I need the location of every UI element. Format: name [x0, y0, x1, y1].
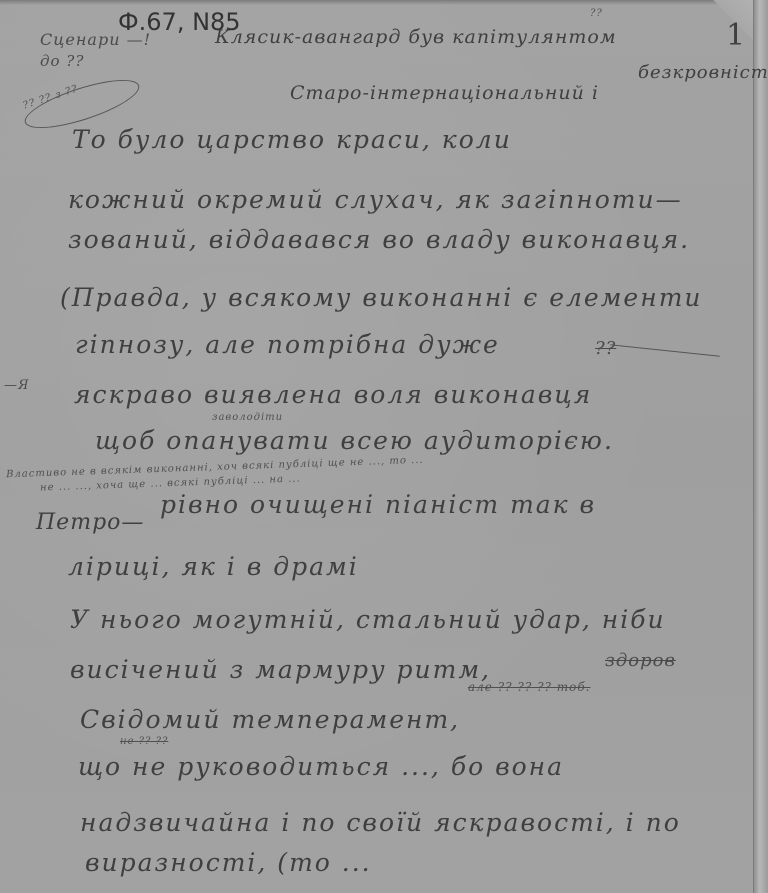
text-line-10: У нього могутній, стальний удар, ніби: [70, 605, 666, 634]
subtitle: Старо-інтернаціональний і: [290, 82, 599, 104]
crossed-phrase-after-line-12: але ?? ?? ?? тоб.: [468, 680, 591, 694]
page-number: 1: [726, 18, 746, 53]
crossed-word-line-11: здоров: [605, 650, 676, 671]
text-line-14: надзвичайна і по своїй яскравості, і по: [80, 808, 681, 837]
crossed-word-line-5: ??: [595, 338, 616, 359]
margin-insert-left: Петро—: [36, 510, 144, 535]
text-line-3: зований, віддавався во владу виконавця.: [68, 225, 690, 254]
text-line-15: виразності, (то ...: [85, 848, 372, 877]
header-note-left: Сценари —!: [40, 30, 151, 49]
text-line-13: що не руководиться ..., бо вона: [78, 752, 564, 781]
paper-top-edge: [0, 0, 768, 5]
header-insert: ??: [590, 8, 603, 19]
paper-right-edge: [753, 0, 768, 893]
crossed-phrase-under-line-12: не ?? ??: [120, 736, 168, 747]
header-note-line2: до ??: [40, 52, 84, 70]
text-line-5: гіпнозу, але потрібна дуже: [75, 330, 500, 359]
text-line-4: (Правда, у всякому виконанні є елементи: [60, 283, 703, 312]
text-line-12: Свідомий темперамент,: [80, 705, 460, 734]
interlinear-above-line-7: заволодіти: [212, 412, 283, 423]
text-line-1: То було царство краси, коли: [72, 125, 512, 154]
text-line-7: щоб опанувати всею аудиторією.: [95, 426, 614, 455]
text-line-9: ліриці, як і в драмі: [68, 552, 359, 581]
text-line-6: яскраво виявлена воля виконавця: [74, 380, 592, 409]
manuscript-page: Ф.67, N85 Сценари —! Клясик-авангард був…: [0, 0, 768, 893]
text-line-8: рівно очищені піаніст так в: [160, 490, 596, 519]
header-note-main: Клясик-авангард був капітулянтом: [215, 26, 617, 48]
strike-stroke: [610, 344, 720, 356]
subtitle-right: безкровність,: [638, 62, 768, 83]
margin-note-left: —Я: [4, 378, 30, 393]
text-line-11: висічений з мармуру ритм,: [70, 655, 491, 684]
text-line-2: кожний окремий слухач, як загіпноти—: [68, 185, 683, 214]
